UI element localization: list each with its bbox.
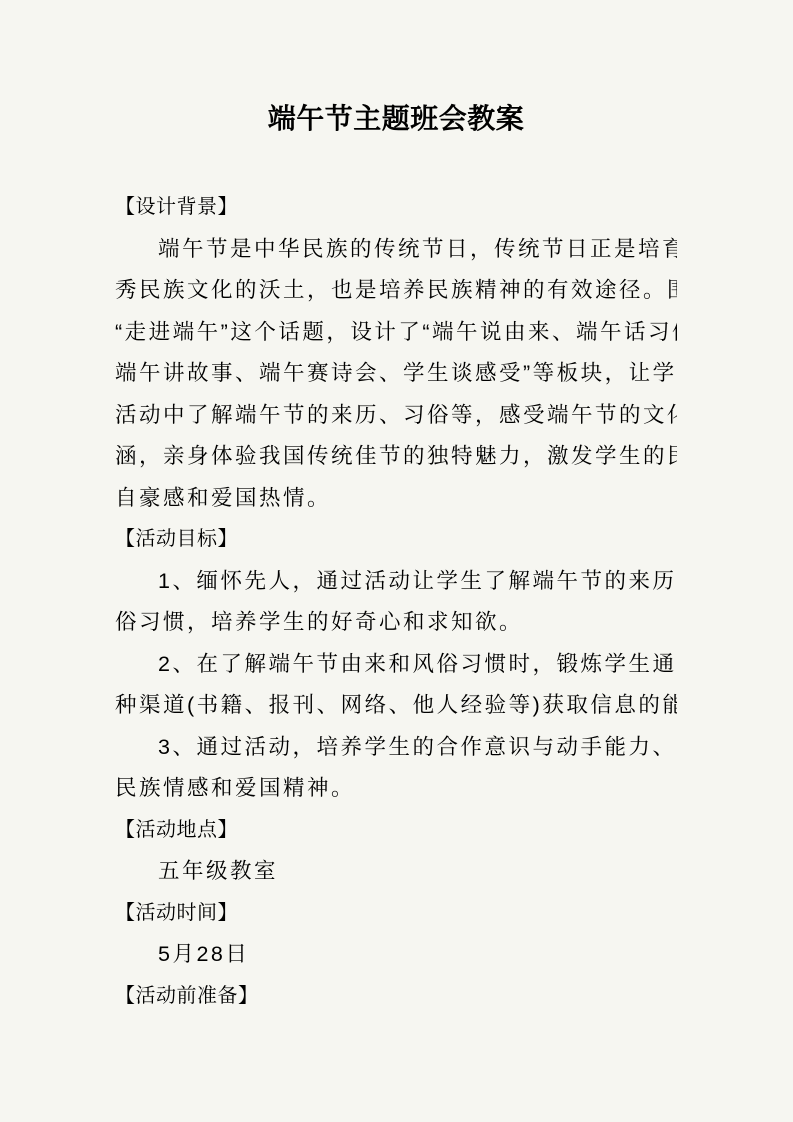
paragraph-line: 活动中了解端午节的来历、习俗等，感受端午节的文化内 bbox=[115, 395, 677, 437]
section-heading: 【设计背景】 bbox=[115, 187, 677, 229]
paragraph-line: 五年级教室 bbox=[115, 851, 677, 893]
section-heading: 【活动时间】 bbox=[115, 893, 677, 935]
paragraph-line: 种渠道(书籍、报刊、网络、他人经验等)获取信息的能力。 bbox=[115, 685, 677, 727]
paragraph-line: 5月28日 bbox=[115, 934, 677, 976]
paragraph-line: 端午节是中华民族的传统节日，传统节日正是培育优 bbox=[115, 229, 677, 271]
paragraph-line: 1、缅怀先人，通过活动让学生了解端午节的来历及风 bbox=[115, 561, 677, 603]
paragraph-line: 民族情感和爱国精神。 bbox=[115, 768, 677, 810]
section-heading: 【活动目标】 bbox=[115, 519, 677, 561]
document-page: 端午节主题班会教案 【设计背景】端午节是中华民族的传统节日，传统节日正是培育优秀… bbox=[0, 0, 793, 1122]
document-content: 端午节主题班会教案 【设计背景】端午节是中华民族的传统节日，传统节日正是培育优秀… bbox=[115, 0, 677, 1017]
paragraph-line: 2、在了解端午节由来和风俗习惯时，锻炼学生通过各 bbox=[115, 644, 677, 686]
document-flow: 【设计背景】端午节是中华民族的传统节日，传统节日正是培育优秀民族文化的沃土，也是… bbox=[115, 187, 677, 1017]
paragraph-line: 俗习惯，培养学生的好奇心和求知欲。 bbox=[115, 602, 677, 644]
paragraph-line: 自豪感和爱国热情。 bbox=[115, 478, 677, 520]
section-heading: 【活动前准备】 bbox=[115, 976, 677, 1018]
paragraph-line: “走进端午”这个话题，设计了“端午说由来、端午话习俗、 bbox=[115, 312, 677, 354]
paragraph-line: 端午讲故事、端午赛诗会、学生谈感受”等板块，让学生在 bbox=[115, 353, 677, 395]
paragraph-line: 秀民族文化的沃土，也是培养民族精神的有效途径。围绕 bbox=[115, 270, 677, 312]
paragraph-line: 涵，亲身体验我国传统佳节的独特魅力，激发学生的民族 bbox=[115, 436, 677, 478]
section-heading: 【活动地点】 bbox=[115, 810, 677, 852]
paragraph-line: 3、通过活动，培养学生的合作意识与动手能力、培养 bbox=[115, 727, 677, 769]
document-title: 端午节主题班会教案 bbox=[115, 100, 677, 138]
